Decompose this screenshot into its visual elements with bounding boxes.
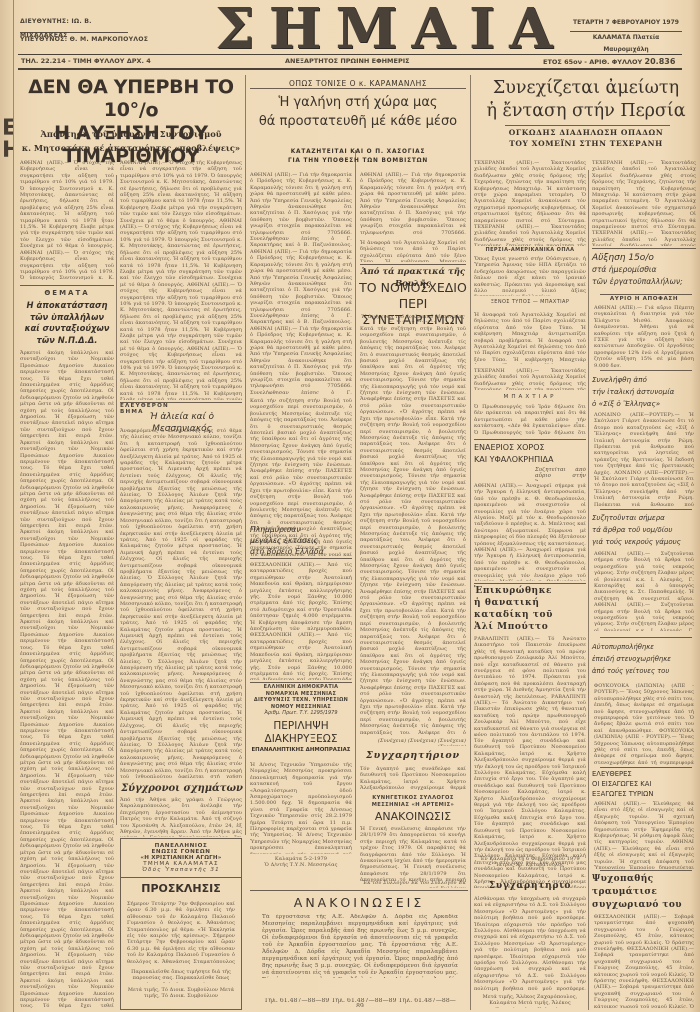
persia-subhead: ΟΓΚΩΔΗΣ ΔΙΑΔΗΛΩΣΗ ΟΠΑΔΩΝ ΤΟΥ ΧΟΜΕΪΝΙ ΣΤΗ… <box>472 128 700 149</box>
themata-headline-line: καί συνταξιούχων <box>20 323 114 335</box>
nomos-byline: Ἡ ἀγόρευση τοῦ βουλευτοῦ Μεσσηνίας κ. Γι… <box>358 314 468 322</box>
persia-subhead-line: ΤΟΥ ΧΟΜΕΪΝΙ ΣΤΗΝ ΤΕΧΕΡΑΝΗ <box>472 139 700 150</box>
persia-subhead-line: ΟΓΚΩΔΗΣ ΔΙΑΔΗΛΩΣΗ ΟΠΑΔΩΝ <box>472 128 700 139</box>
section-rule <box>600 294 692 295</box>
section-rule <box>592 248 696 249</box>
wages-headline-line: Αὔξηση 15ο/ο <box>592 252 696 264</box>
diakirixi-header-line: ΔΙΕΥΘΥΝΣΙΣ ΤΕΧΝ. ΥΠΗΡΕΣΙΩΝ <box>250 697 352 704</box>
salary-subhead: Ἀπάντηση τοῦ ὑπουργοῦ Συντονισμοῦ κ. Μητ… <box>18 127 244 155</box>
wages-headline-line: στά ἡμερομίσθια <box>592 264 696 276</box>
section-rule <box>474 439 586 440</box>
wages-body: ΑΘΗΝΑΙ (ΑΠΕ).— Γιά αὔριο Πέμπτη συγκαλεῖ… <box>594 305 694 367</box>
bhutto-headline-line: καταδίκη τοῦ <box>474 609 586 621</box>
nekroi-headline-line: γιά τούς νεκρούς γάμους <box>592 536 696 548</box>
wages-headline-line: τῶν ἐργατοϋπαλλήλων; <box>592 276 696 288</box>
nekroi-headline-line: Συζητοῦνται σήμερα <box>592 512 696 524</box>
plimmyra-headline: Πλημμύρισαν μεγάλες ἐκτάσεις στή βόρειο … <box>250 524 352 557</box>
column-divider <box>116 175 117 825</box>
persia-headline-line: Συνεχίζεται ἀμείωτη <box>472 77 700 100</box>
italian-headline-line: ὁ «Σίξ ὁ Ἕλληνας» <box>592 398 696 410</box>
column-divider <box>588 170 589 1010</box>
cheese-body: ΑΘΗΝΑΙ (ΑΠΕ).— Ἐλεύθερες θά εἶναι στό ἑξ… <box>594 801 694 869</box>
anakoinoseis-headline: ΑΝΑΚΟΙΝΩΣΕΙΣ <box>250 895 468 911</box>
psycho-body: ΘΕΣΣΑΛΟΝΙΚΗ (ΑΠΕ).— Σοβαρά τραυματίστηκε… <box>594 914 694 1008</box>
cheese-headline-line: ΕΛΕΥΘΕΡΕΣ <box>592 769 696 779</box>
bakhtiar-kicker: ΜΠΑΧΤΙΑΡ <box>474 394 586 400</box>
artemis-signoff: Ἐκ τοῦ Συλλόγου Ἐκ τοῦ Συλλόγου Ἐκ τοῦ Σ… <box>360 880 466 888</box>
adjacent-page-edge: Ε Η <box>0 0 14 1012</box>
ad-note: Παρακαλεῖσθε ὅπως τιμήσητε διά τῆς παρου… <box>127 969 235 983</box>
salary-headline-line-1: ΔΕΝ ΘΑ ΥΠΕΡΒΗ ΤΟ 10°/ο <box>18 76 244 122</box>
phone-price: ΤΗΛ. 22.214 - ΤΙΜΗ ΦΥΛΛΟΥ ΔΡΧ. 4 <box>21 57 151 65</box>
section-rule <box>250 88 466 89</box>
school-invitation-ad: ΠΑΝΕΛΛΗΝΙΟΣ ΕΝΩΣΙΣ ΓΟΝΕΩΝ «Η ΧΡΙΣΤΙΑΝΙΚΗ… <box>120 838 242 1010</box>
nomos-headline-line: ΠΕΡΙ ΣΥΝΕΤΑΙΡΙΣΜΩΝ <box>356 296 470 328</box>
persia-headline: Συνεχίζεται ἀμείωτη ἡ ἔνταση στήν Περσία <box>472 77 700 123</box>
karamanlis-headline: Ἡ γαλήνη στή χώρα μας θά προστατευθῆ μέ … <box>250 93 466 131</box>
cheese-headline: ΕΛΕΥΘΕΡΕΣ ΟΙ ΕΙΣΑΓΩΓΕΣ ΚΑΙ ΕΞΑΓΩΓΕΣ ΤΥΡΙ… <box>592 769 696 799</box>
column-divider <box>245 75 246 835</box>
suicide-headline: Αὐτοπυρπολήθηκε ἐπειδή στενοχωρήθηκε ἀπό… <box>592 641 696 677</box>
nekroi-headline: Συζητοῦνται σήμερα τά ἄρθρα τοῦ νομ/δίου… <box>592 512 696 548</box>
salary-subhead-line-2: κ. Μητσοτάκη σέ ἀκατανόητες «προβλέψεις» <box>18 141 244 155</box>
synchar2-headline: Συγχαρητήριο <box>474 880 586 892</box>
diakirixi-signoff: Καλαμάτα 5-2-1979 Ὁ Δ/ντής Τ.Υ.Ν. Μεσσην… <box>250 856 352 876</box>
bhutto-headline-line: Ἀλί Μπούττο <box>474 621 586 633</box>
persia-us-body: Ὅπως ἔγινε γνωστό στήν Οὐάσιγκτων, ἡ Ὑπη… <box>474 256 586 296</box>
karamanlis-body-col2: ΑΘΗΝΑΙ (ΑΠΕ).— Γιά τήν δημοκρατία ὁ Πρόε… <box>360 172 466 236</box>
plimmyra-headline-line: Πλημμύρισαν <box>250 524 352 535</box>
gutter-letter: Η <box>2 140 14 162</box>
issue-location: ΚΑΛΑΜΑΤΑ Πλατεία Μαυρομιχάλη <box>570 32 682 47</box>
suicide-headline-line: ἀπό τούς γείτονες του <box>592 665 696 677</box>
karamanlis-subhead-line: ΓΙΑ ΤΗΝ ΥΠΟΘΕΣΗ ΤΩΝ ΒΟΜΒΙΣΤΩΝ <box>250 157 466 166</box>
airspace-body: ΑΘΗΝΑΙ (ΑΠΕ).— Ἀναχωρεῖ σήμερα γιά τήν Ἄ… <box>474 483 586 581</box>
diakirixi-ref: Ἀριθμ. Πρωτ. Τ.Υ. 1295/1979 <box>250 710 352 717</box>
synchar1-signoff: Ἐν Καλαμάτᾳ τῇ 6 Φεβρουαρίου 1979 Ἰατρός… <box>474 856 586 872</box>
karamanlis-continued: Ἡ ἀναφορά τοῦ Ἀγιατολλάχ Χομεϊνί σέ δηλώ… <box>360 240 466 262</box>
themata-headline: Η ἀποκατάσταση τῶν ὑπαλλήλων καί συνταξι… <box>20 300 114 346</box>
foreign-press-kicker: ΞΕΝΟΣ ΤΥΠΟΣ — ΜΠΑΧΤΙΑΡ <box>474 299 586 305</box>
suicide-headline-line: ἐπειδή στενοχωρήθηκε <box>592 653 696 665</box>
section-rule <box>474 583 586 584</box>
masthead-rule-bottom <box>18 68 682 70</box>
bakhtiar-body: Ὁ Πρωθυπουργός τοῦ Ἰράν δήλωσε ὅτι δέν π… <box>474 404 586 436</box>
foreign-press-body: Ἡ ἀναφορά τοῦ Ἀγιατολλάχ Χομεϊνί σέ δηλώ… <box>474 312 586 364</box>
section-rule <box>600 870 692 871</box>
nomos-continued: (Συνέχεια) (Συνέχεια) (Συνέχεια) (Συνέχε… <box>360 738 466 746</box>
wages-subhead: ΑΥΡΙΟ Η ΑΠΟΦΑΣΗ <box>592 296 696 302</box>
diakirixi-headline-line: ΔΙΑΚΗΡΥΞΕΩΣ <box>250 733 352 746</box>
bhutto-headline: Ἐπικυρώθηκε ἡ θανατική καταδίκη τοῦ Ἀλί … <box>474 585 586 633</box>
karamanlis-subhead: ΚΑΤΑΖΗΤΕΙΤΑΙ ΚΑΙ Ο Π. ΧΑΣΟΓΙΑΣ ΓΙΑ ΤΗΝ Υ… <box>250 148 466 166</box>
artemis-header-line: ΚΥΝΗΓΕΤΙΚΟΣ ΣΥΛΛΟΓΟΣ <box>360 795 466 802</box>
persia-body-col3: ΤΕΧΕΡΑΝΗ (ΑΠΕ).— Ἑκατοντάδες χιλιάδες ὀπ… <box>592 160 696 246</box>
artemis-header-line: ΜΕΣΣΗΝΙΑΣ «Η ΑΡΤΕΜΙΣ» <box>360 802 466 809</box>
psycho-headline-line: συγχωριανό του <box>592 899 696 912</box>
bhutto-headline-line: ἡ θανατική <box>474 597 586 609</box>
airspace-subhead: Συζητεῖται ἀπό αὔριο στήν Ἄγκυρα <box>535 467 586 481</box>
salary-body-col1: ΑΘΗΝΑΙ (ΑΠΕ).— Ὁ στόχος τῆς Κυβερνήσεως … <box>20 160 114 282</box>
suicide-body: ΦΟΥΚΟΥΟΚΑ (ΙΑΠΩΝΙΑ) (ΑΠΕ - ΡΟΥΤΕΡ).— Ἕνα… <box>594 683 694 765</box>
ad-headline: ΠΡΟΣΚΛΗΣΙΣ <box>121 877 241 897</box>
fishing-body: Ἀναφερόμενος ὁ ἀναγνώστης μας στό θέμα τ… <box>120 428 242 778</box>
year-issue-label: ΕΤΟΣ 65ον - ΑΡΙΘ. ΦΥΛΛΟΥ <box>543 58 642 66</box>
cheese-headline-line: ΕΞΑΓΩΓΕΣ ΤΥΡΙΩΝ <box>592 789 696 799</box>
psycho-headline-line: Ψυχοπαθής <box>592 873 696 886</box>
anakoinoseis-phone: Τηλ. 61.487—88—89 Τηλ. 61.487—88—89 Τηλ.… <box>262 998 458 1007</box>
persia-us-kicker: ΠΕΡΣΙΑ-ΑΜΕΡΙΚΑΝΙΚΑ ΟΠΛΑ <box>474 247 586 253</box>
synchar2-signoff: Μετά τιμῆς, Ἄλέκος Ζαχαρόπουλος, Καλαμάτ… <box>474 994 586 1008</box>
births-headline: Σύγχρονοι σχημάτων <box>120 783 244 795</box>
issue-number: 20.836 <box>645 57 676 66</box>
column-divider <box>470 75 471 1010</box>
births-body: Ἀπό τήν Ἀθήνα μᾶς γράφει ὁ Γεώργιος Χαρα… <box>120 797 242 837</box>
italian-headline: Συνελήφθη ἀπό τήν ἰταλική ἀστυνομία ὁ «Σ… <box>592 374 696 410</box>
section-rule <box>360 264 466 265</box>
plimmyra-headline-line: μεγάλες ἐκτάσεις <box>250 535 352 546</box>
section-rule <box>250 558 352 559</box>
plimmyra-headline-line: στή βόρειο Ἑλλάδα <box>250 546 352 557</box>
nekroi-headline-line: τά ἄρθρα τοῦ νομ/δίου <box>592 524 696 536</box>
column-divider <box>355 150 356 840</box>
persia-extra: ΤΕΧΕΡΑΝΗ (ΑΠΕ).— Ἑκατοντάδες χιλιάδες ὀπ… <box>474 368 586 390</box>
diakirixi-headline-line: ΠΕΡΙΛΗΨΗ <box>250 720 352 733</box>
bhutto-headline-line: Ἐπικυρώθηκε <box>474 585 586 597</box>
plimmyra-body: ΘΕΣΣΑΛΟΝΙΚΗ (ΑΠΕ).— Ἀπό τίς καταρρακτώδε… <box>250 562 352 680</box>
issue-number-line: ΕΤΟΣ 65ον - ΑΡΙΘ. ΦΥΛΛΟΥ 20.836 <box>543 57 675 66</box>
section-rule <box>250 682 352 683</box>
psycho-headline: Ψυχοπαθής τραυμάτισε συγχωριανό του <box>592 873 696 912</box>
italian-headline-line: τήν ἰταλική ἀστυνομία <box>592 386 696 398</box>
karamanlis-subhead-line: ΚΑΤΑΖΗΤΕΙΤΑΙ ΚΑΙ Ο Π. ΧΑΣΟΓΙΑΣ <box>250 148 466 157</box>
karamanlis-kicker: ΟΠΩΣ ΤΟΝΙΣΕ Ο κ. ΚΑΡΑΜΑΝΛΗΣ <box>250 79 466 88</box>
section-rule <box>600 767 692 768</box>
diakirixi-body: Ἡ Δ/νσις Τεχνικῶν Ὑπηρεσιῶν τῆς Νομαρχία… <box>250 762 352 854</box>
tagline: ΑΝΕΞΑΡΤΗΤΟΣ ΠΡΩΙΝΗ ΕΦΗΜΕΡΙΣ <box>285 57 410 65</box>
ad-address: Ὁδός Ὑπαπαντῆς 31 <box>121 867 241 873</box>
salary-body-col2: ΑΘΗΝΑΙ (ΑΠΕ).— Ὁ στόχος τῆς Κυβερνήσεως … <box>120 160 242 400</box>
synchar2-body: Αἰσθάνομαι τήν ὑποχρέωση νά συγχαρῶ καί … <box>474 896 586 992</box>
newspaper-page: Ε Η ΔΙΕΥΘΥΝΤΗΣ: ΙΩ. Β. ΜΙΧΑΛΑΚΕΑΣ ΥΠΕΥΘΥ… <box>0 0 700 1012</box>
ad-body: Σήμερον Τετάρτην 7ην Φεβρουαρίου καί ὥρα… <box>127 901 235 965</box>
diakirixi-signoff-name: Ὁ Δ/ντής Τ.Υ.Ν. Μεσσηνίας <box>250 862 352 868</box>
diakirixi-header-line: ΕΛΛΗΝΙΚΗ ΔΗΜΟΚΡΑΤΙΑ <box>250 684 352 691</box>
karamanlis-body-col1: ΑΘΗΝΑΙ (ΑΠΕ).— Γιά τήν δημοκρατία ὁ Πρόε… <box>250 172 352 394</box>
section-rule <box>505 125 670 126</box>
themata-headline-line: τῶν ὑπαλλήλων <box>20 312 114 324</box>
nomos-headline-line: ΤΟ ΝΟΜΟΣΧΕΔΙΟ <box>356 280 470 296</box>
section-rule <box>20 285 114 286</box>
cheese-headline-line: ΟΙ ΕΙΣΑΓΩΓΕΣ ΚΑΙ <box>592 779 696 789</box>
ad-signoff: Μετά τιμῆς, Τό Διοικ. Συμβούλιον Μετά τι… <box>127 987 235 999</box>
synchar1-signoff-name: Ἰατρός Χρ. Καταβάτουλος <box>474 862 586 868</box>
italian-headline-line: Συνελήφθη ἀπό <box>592 374 696 386</box>
italian-body: ΛΟΝΔΙΝΟ (ΑΠΕ—ΡΟΥΤΕΡ).— Ἡ Σκότλαντ Γιάρντ… <box>594 412 694 506</box>
responsible-credit: ΥΠΕΥΘΥΝΟΣ: Θ. Μ. ΜΑΡΚΟΠΟΥΛΟΣ <box>20 33 148 51</box>
director-credit: ΔΙΕΥΘΥΝΤΗΣ: ΙΩ. Β. ΜΙΧΑΛΑΚΕΑΣ <box>20 15 128 33</box>
section-rule <box>600 509 692 510</box>
nomos-body-col2: Κατά τήν συζήτηση στήν Βουλή τοῦ νομοσχε… <box>360 326 466 736</box>
salary-subhead-line-1: Ἀπάντηση τοῦ ὑπουργοῦ Συντονισμοῦ <box>18 127 244 141</box>
karamanlis-headline-line: θά προστατευθῆ μέ κάθε μέσο <box>250 112 466 131</box>
section-rule <box>250 890 468 891</box>
masthead-credits: ΔΙΕΥΘΥΝΤΗΣ: ΙΩ. Β. ΜΙΧΑΛΑΚΕΑΣ ΥΠΕΥΘΥΝΟΣ:… <box>20 15 148 51</box>
artemis-body: Ἡ Γενική συνέλευσις ἀπεφάσισε τήν 28/1/1… <box>360 826 466 882</box>
artemis-header: ΚΥΝΗΓΕΤΙΚΟΣ ΣΥΛΛΟΓΟΣ ΜΕΣΣΗΝΙΑΣ «Η ΑΡΤΕΜΙ… <box>360 795 466 809</box>
nekroi-body: ΑΘΗΝΑΙ (ΑΠΕ).— Συζητοῦνται σήμερα στήν Β… <box>594 551 694 631</box>
persia-headline-line: ἡ ἔνταση στήν Περσία <box>472 100 700 123</box>
wages-headline: Αὔξηση 15ο/ο στά ἡμερομίσθια τῶν ἐργατοϋ… <box>592 252 696 288</box>
diakirixi-headline: ΠΕΡΙΛΗΨΗ ΔΙΑΚΗΡΥΞΕΩΣ ΕΠΑΝΑΛΗΠΤΙΚΗΣ ΔΗΜΟΠ… <box>250 720 352 754</box>
newspaper-title: ΣΗΜΑΙΑ <box>215 4 495 54</box>
section-rule <box>600 370 692 371</box>
airspace-headline-line: ΕΝΑΕΡΙΟΣ ΧΟΡΟΣ <box>474 442 586 454</box>
psycho-headline-line: τραυμάτισε <box>592 886 696 899</box>
themata-kicker: ΘΕΜΑΤΑ <box>20 289 114 297</box>
suicide-headline-line: Αὐτοπυρπολήθηκε <box>592 641 696 653</box>
gutter-letter: Ε <box>2 118 14 140</box>
masthead-rule <box>18 54 682 55</box>
artemis-headline: ΑΝΑΚΟΙΝΩΣΙΣ <box>358 810 468 824</box>
airspace-headline-line: ΚΑΙ ΥΦΑΛΟΚΡΗΠΙΔΑ <box>474 454 586 466</box>
issue-date: ΤΕΤΑΡΤΗ 7 ΦΕΒΡΟΥΑΡΙΟΥ 1979 <box>570 17 682 32</box>
themata-headline-line: Η ἀποκατάσταση <box>20 300 114 312</box>
diakirixi-headline-line: ΕΠΑΝΑΛΗΠΤΙΚΗΣ ΔΗΜΟΠΡΑΣΙΑΣ <box>250 746 352 754</box>
persia-body-col1: ΤΕΧΕΡΑΝΗ (ΑΠΕ).— Ἑκατοντάδες χιλιάδες ὀπ… <box>474 160 586 246</box>
section-rule <box>600 637 692 638</box>
bhutto-body: ΡΑΒΑΛΠΙΝΤΙ (ΑΠΕ).— Τό Ἀνώτατο Δικαστήριο… <box>474 636 586 736</box>
synchar1-headline: Συγχαρητήριον <box>360 750 466 762</box>
synchar1-body: Τόν ἀγαπητό μας συνάδελφο καί διευθυντή … <box>360 766 466 792</box>
diakirixi-header: ΕΛΛΗΝΙΚΗ ΔΗΜΟΚΡΑΤΙΑ ΝΟΜΑΡΧΙΑ ΜΕΣΣΗΝΙΑΣ Δ… <box>250 684 352 717</box>
masthead-dateline: ΤΕΤΑΡΤΗ 7 ΦΕΒΡΟΥΑΡΙΟΥ 1979 ΚΑΛΑΜΑΤΑ Πλατ… <box>570 17 682 47</box>
karamanlis-headline-line: Ἡ γαλήνη στή χώρα μας <box>250 93 466 112</box>
themata-body: Ἀρκετοί ἀκόμη ὑπάλληλοι καί συνταξιοῦχοι… <box>20 350 114 1010</box>
anakoinoseis-body: Τά ἐργοστάσια τῆς Α.Ε. Ἀδελφῶν Δ. Δόρδα … <box>262 914 458 978</box>
airspace-headline: ΕΝΑΕΡΙΟΣ ΧΟΡΟΣ ΚΑΙ ΥΦΑΛΟΚΡΗΠΙΔΑ <box>474 442 586 466</box>
themata-headline-line: τῶν Ν.Π.Δ.Δ. <box>20 335 114 347</box>
